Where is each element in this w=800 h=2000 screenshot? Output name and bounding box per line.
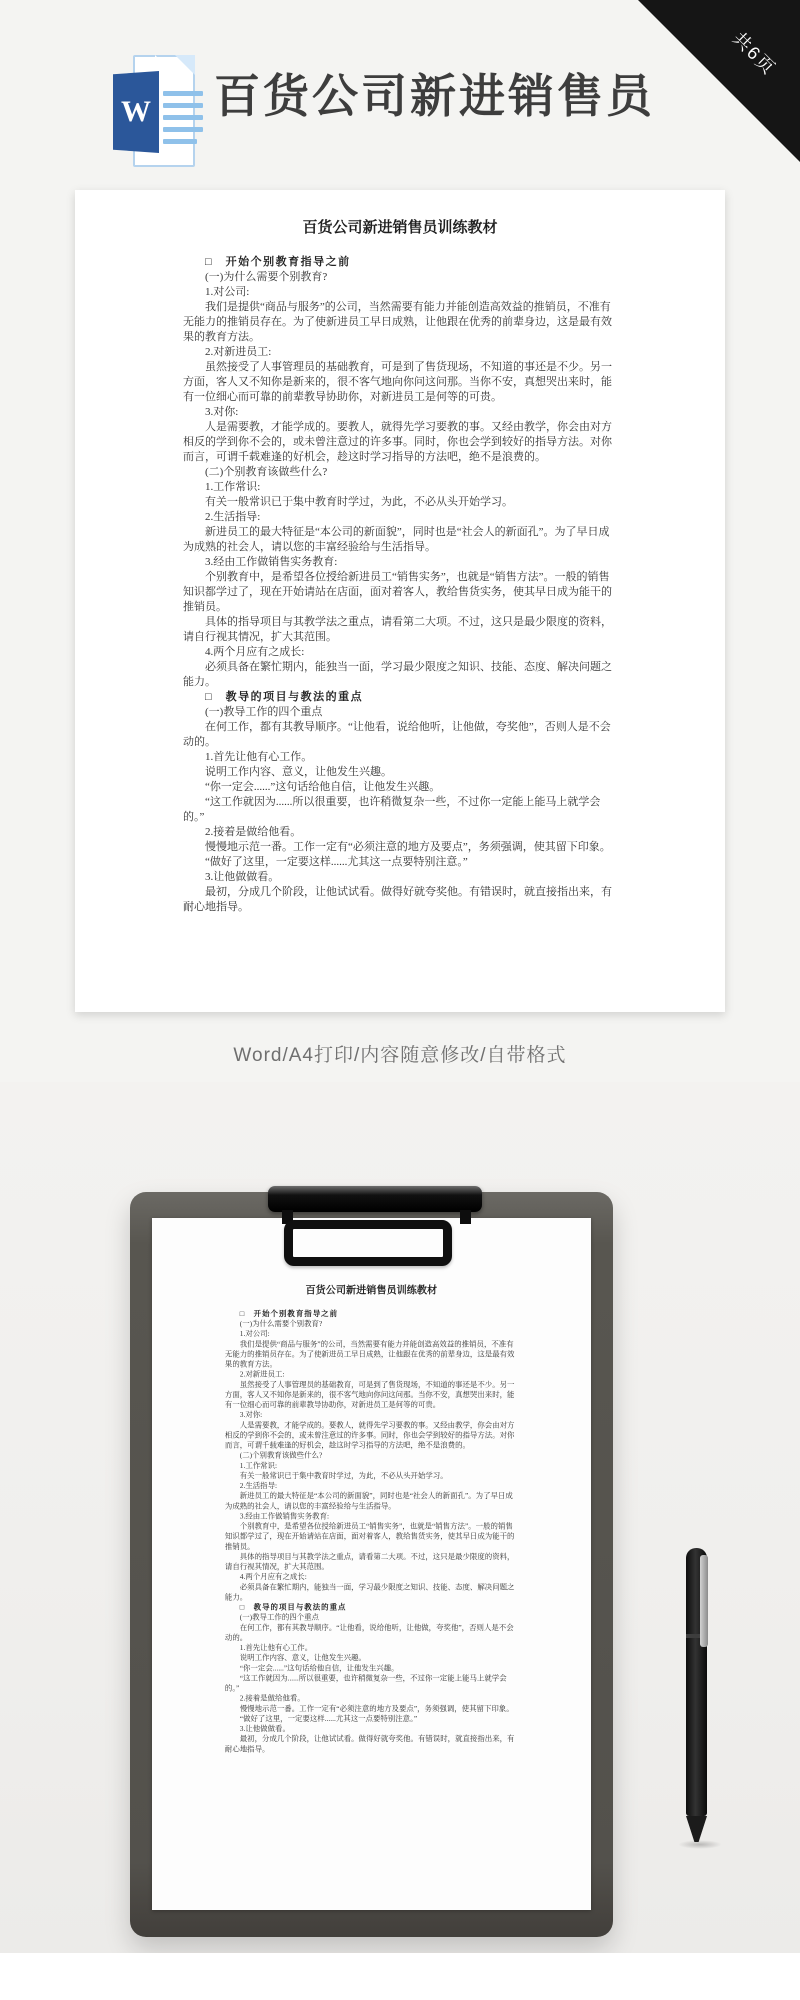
- doc-paragraph-sub: (一)为什么需要个别教育?: [225, 1319, 518, 1329]
- pen-icon: [686, 1548, 708, 1848]
- clipboard-preview[interactable]: 百货公司新进销售员训练教材 □ 开始个别教育指导之前(一)为什么需要个别教育?1…: [130, 1192, 613, 1937]
- doc-paragraph-num: 2.生活指导:: [183, 510, 617, 525]
- doc-paragraph-para: 我们是提供“商品与服务”的公司，当然需要有能力并能创造高效益的推销员，不准有无能…: [183, 300, 617, 345]
- document-clone: 百货公司新进销售员训练教材 □ 开始个别教育指导之前(一)为什么需要个别教育?1…: [152, 1218, 591, 1755]
- doc-paragraph-num: 2.接着是做给他看。: [183, 825, 617, 840]
- doc-paragraph-para: 慢慢地示范一番。工作一定有“必须注意的地方及要点”，务须强调，使其留下印象。: [183, 840, 617, 855]
- clipboard-clip-handle: [284, 1220, 452, 1266]
- document-title: 百货公司新进销售员训练教材: [183, 216, 617, 237]
- doc-paragraph-para: 慢慢地示范一番。工作一定有“必须注意的地方及要点”，务须强调，使其留下印象。: [225, 1704, 518, 1714]
- doc-paragraph-num: 1.首先让他有心工作。: [183, 750, 617, 765]
- doc-paragraph-num: 3.经由工作做销售实务教育:: [225, 1512, 518, 1522]
- doc-paragraph-para: 个别教育中，是希望各位授给新进员工“销售实务”，也就是“销售方法”。一般的销售知…: [225, 1522, 518, 1552]
- document-preview-page[interactable]: 百货公司新进销售员训练教材 □ 开始个别教育指导之前(一)为什么需要个别教育?1…: [75, 190, 725, 1012]
- doc-paragraph-num: 2.生活指导:: [225, 1481, 518, 1491]
- doc-paragraph-para: “做好了这里，一定要这样......尤其这一点要特别注意。”: [225, 1714, 518, 1724]
- doc-paragraph-sub: (一)教导工作的四个重点: [183, 705, 617, 720]
- mockup-photo: 百货公司新进销售员训练教材 □ 开始个别教育指导之前(一)为什么需要个别教育?1…: [0, 1082, 800, 1953]
- clipboard-paper: 百货公司新进销售员训练教材 □ 开始个别教育指导之前(一)为什么需要个别教育?1…: [152, 1218, 591, 1910]
- doc-paragraph-para: 人是需要教，才能学成的。要教人，就得先学习要教的事。又经由教学，你会由对方相反的…: [183, 420, 617, 465]
- doc-paragraph-num: 3.经由工作做销售实务教育:: [183, 555, 617, 570]
- doc-paragraph-section: □ 教导的项目与教法的重点: [183, 690, 617, 705]
- doc-paragraph-para: 虽然接受了人事管理员的基础教育，可是到了售货现场，不知道的事还是不少。另一方面，…: [225, 1380, 518, 1410]
- doc-paragraph-para: “做好了这里，一定要这样......尤其这一点要特别注意。”: [183, 855, 617, 870]
- doc-paragraph-para: 具体的指导项目与其教学法之重点，请看第二大项。不过，这只是最少限度的资料，请自行…: [183, 615, 617, 645]
- doc-paragraph-num: 3.对你:: [225, 1410, 518, 1420]
- doc-paragraph-para: 在何工作，都有其教导顺序。“让他看，说给他听，让他做，夸奖他”，否则人是不会动的…: [183, 720, 617, 750]
- doc-paragraph-para: 说明工作内容、意义，让他发生兴趣。: [183, 765, 617, 780]
- doc-paragraph-para: 虽然接受了人事管理员的基础教育，可是到了售货现场，不知道的事还是不少。另一方面，…: [183, 360, 617, 405]
- doc-paragraph-para: 新进员工的最大特征是“本公司的新面貌”，同时也是“社会人的新面孔”。为了早日成为…: [183, 525, 617, 555]
- word-icon-textline: [163, 103, 203, 108]
- pen-tip: [686, 1816, 707, 1842]
- doc-paragraph-para: 我们是提供“商品与服务”的公司，当然需要有能力并能创造高效益的推销员，不准有无能…: [225, 1340, 518, 1370]
- doc-paragraph-num: 2.对新进员工:: [183, 345, 617, 360]
- document-body: □ 开始个别教育指导之前(一)为什么需要个别教育?1.对公司:我们是提供“商品与…: [225, 1309, 518, 1755]
- doc-paragraph-section: □ 教导的项目与教法的重点: [225, 1603, 518, 1613]
- doc-paragraph-num: 2.接着是做给他看。: [225, 1694, 518, 1704]
- doc-paragraph-para: 最初，分成几个阶段，让他试试看。做得好就夸奖他。有错误时，就直接指出来，有耐心地…: [225, 1734, 518, 1754]
- doc-paragraph-para: “这工作就因为......所以很重要，也许稍微复杂一些，不过你一定能上能马上就学…: [183, 795, 617, 825]
- word-icon-textline: [163, 139, 197, 144]
- doc-paragraph-para: 最初，分成几个阶段，让他试试看。做得好就夸奖他。有错误时，就直接指出来，有耐心地…: [183, 885, 617, 915]
- word-icon-fold: [175, 55, 195, 75]
- doc-paragraph-para: 必须具备在繁忙期内，能独当一面，学习最少限度之知识、技能、态度、解决问题之能力。: [183, 660, 617, 690]
- doc-paragraph-sub: (二)个别教育该做些什么?: [225, 1451, 518, 1461]
- doc-paragraph-para: 有关一般常识已于集中教育时学过，为此，不必从头开始学习。: [183, 495, 617, 510]
- doc-paragraph-section: □ 开始个别教育指导之前: [225, 1309, 518, 1319]
- doc-paragraph-para: 人是需要教，才能学成的。要教人，就得先学习要教的事。又经由教学，你会由对方相反的…: [225, 1421, 518, 1451]
- word-icon-textline: [163, 127, 203, 132]
- pen-clip: [700, 1555, 708, 1647]
- document: 百货公司新进销售员训练教材 □ 开始个别教育指导之前(一)为什么需要个别教育?1…: [75, 190, 725, 915]
- document-title: 百货公司新进销售员训练教材: [225, 1283, 518, 1297]
- doc-paragraph-num: 3.让他做做看。: [183, 870, 617, 885]
- template-title: 百货公司新进销售员: [214, 60, 655, 126]
- doc-paragraph-num: 1.工作常识:: [183, 480, 617, 495]
- doc-paragraph-num: 1.对公司:: [225, 1329, 518, 1339]
- doc-paragraph-para: 新进员工的最大特征是“本公司的新面貌”，同时也是“社会人的新面孔”。为了早日成为…: [225, 1491, 518, 1511]
- doc-paragraph-sub: (一)为什么需要个别教育?: [183, 270, 617, 285]
- word-icon-textline: [163, 115, 203, 120]
- doc-paragraph-para: 必须具备在繁忙期内，能独当一面，学习最少限度之知识、技能、态度、解决问题之能力。: [225, 1583, 518, 1603]
- clip-post: [460, 1210, 471, 1224]
- doc-paragraph-para: “你一定会......”这句话给他自信，让他发生兴趣。: [225, 1664, 518, 1674]
- doc-paragraph-para: 个别教育中，是希望各位授给新进员工“销售实务”，也就是“销售方法”。一般的销售知…: [183, 570, 617, 615]
- doc-paragraph-para: “你一定会......”这句话给他自信，让他发生兴趣。: [183, 780, 617, 795]
- doc-paragraph-num: 3.对你:: [183, 405, 617, 420]
- doc-paragraph-num: 1.工作常识:: [225, 1461, 518, 1471]
- format-caption: Word/A4打印/内容随意修改/自带格式: [0, 1040, 800, 1067]
- doc-paragraph-section: □ 开始个别教育指导之前: [183, 255, 617, 270]
- doc-paragraph-num: 2.对新进员工:: [225, 1370, 518, 1380]
- clipboard-document: 百货公司新进销售员训练教材 □ 开始个别教育指导之前(一)为什么需要个别教育?1…: [152, 1218, 591, 1910]
- document-body: □ 开始个别教育指导之前(一)为什么需要个别教育?1.对公司:我们是提供“商品与…: [183, 255, 617, 915]
- doc-paragraph-para: “这工作就因为......所以很重要，也许稍微复杂一些，不过你一定能上能马上就学…: [225, 1674, 518, 1694]
- word-icon-panel: W: [113, 71, 159, 153]
- doc-paragraph-num: 4.两个月应有之成长:: [183, 645, 617, 660]
- doc-paragraph-num: 1.对公司:: [183, 285, 617, 300]
- doc-paragraph-num: 3.让他做做看。: [225, 1724, 518, 1734]
- doc-paragraph-sub: (一)教导工作的四个重点: [225, 1613, 518, 1623]
- doc-paragraph-num: 4.两个月应有之成长:: [225, 1572, 518, 1582]
- word-document-icon: W: [113, 55, 195, 169]
- doc-paragraph-para: 具体的指导项目与其教学法之重点，请看第二大项。不过，这只是最少限度的资料，请自行…: [225, 1552, 518, 1572]
- word-icon-letter: W: [121, 95, 151, 129]
- pen-shadow: [678, 1840, 722, 1849]
- doc-paragraph-para: 有关一般常识已于集中教育时学过，为此，不必从头开始学习。: [225, 1471, 518, 1481]
- clipboard-clip-icon: [268, 1186, 482, 1212]
- word-icon-textline: [163, 91, 203, 96]
- doc-paragraph-para: 在何工作，都有其教导顺序。“让他看，说给他听，让他做，夸奖他”，否则人是不会动的…: [225, 1623, 518, 1643]
- doc-paragraph-num: 1.首先让他有心工作。: [225, 1643, 518, 1653]
- doc-paragraph-para: 说明工作内容、意义，让他发生兴趣。: [225, 1653, 518, 1663]
- bottom-strip: [0, 1953, 800, 2000]
- doc-paragraph-sub: (二)个别教育该做些什么?: [183, 465, 617, 480]
